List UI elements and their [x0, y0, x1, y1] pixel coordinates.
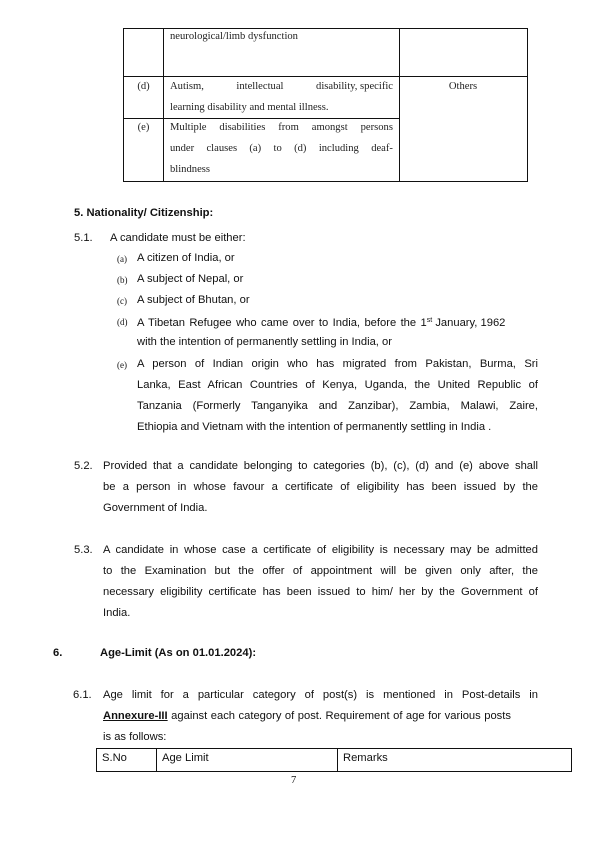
item-label: (a) [117, 252, 127, 266]
clause-text: Age limit for a particular category of p… [103, 688, 538, 702]
clause-number: 5.2. [74, 459, 93, 473]
row-label-e: (e) [124, 117, 163, 138]
table-divider [156, 749, 157, 771]
clause-text: is as follows: [103, 730, 166, 744]
clause-number: 5.1. [74, 231, 93, 245]
clause-text: A candidate must be either: [110, 231, 246, 245]
section-6-heading: Age-Limit (As on 01.01.2024): [100, 646, 256, 660]
table-divider [337, 749, 338, 771]
word: including [319, 138, 359, 159]
clause-number: 5.3. [74, 543, 93, 557]
section-5-heading: 5. Nationality/ Citizenship: [74, 206, 213, 220]
word: from [278, 117, 299, 138]
clause-text: to the Examination but the offer of appo… [103, 564, 538, 578]
table-cell: neurological/limb dysfunction [170, 26, 298, 47]
item-label: (b) [117, 273, 128, 287]
table-cell: Autism, intellectual disability, specifi… [170, 76, 393, 97]
table-divider [163, 29, 164, 181]
row-label-d: (d) [124, 76, 163, 97]
item-text: Tanzania (Formerly Tanganyika and Zanzib… [137, 399, 538, 413]
item-label: (c) [117, 294, 127, 308]
word: amongst [312, 117, 348, 138]
item-label: (d) [117, 315, 128, 329]
header-age-limit: Age Limit [162, 752, 209, 764]
clause-text: Provided that a candidate belonging to c… [103, 459, 538, 473]
text-segment: A Tibetan Refugee who came over to India… [137, 314, 505, 330]
word: intellectual [236, 76, 283, 97]
page-number: 7 [291, 774, 296, 788]
word: under [170, 138, 194, 159]
word: disability, specific [316, 76, 393, 97]
word: clauses [206, 138, 237, 159]
word: persons [361, 117, 393, 138]
item-text: A subject of Bhutan, or [137, 293, 250, 307]
word: Multiple [170, 117, 207, 138]
table-cell: blindness [170, 159, 210, 180]
table-cell: under clauses (a) to (d) including deaf- [170, 138, 393, 159]
age-limit-table: S.No Age Limit Remarks [96, 748, 572, 772]
annexure-iii-link[interactable]: Annexure-III [103, 709, 168, 723]
text-part: January, 1962 [432, 317, 505, 329]
table-cell: learning disability and mental illness. [170, 97, 329, 118]
category-cell: Others [399, 76, 527, 97]
item-label: (e) [117, 358, 127, 372]
clause-text: India. [103, 606, 130, 620]
header-remarks: Remarks [343, 752, 388, 764]
section-6-number: 6. [53, 646, 62, 660]
item-text: A Tibetan Refugee who came over to India… [137, 314, 538, 330]
item-text: with the intention of permanently settli… [137, 335, 392, 349]
disability-table: neurological/limb dysfunction (d) Autism… [123, 28, 528, 182]
word: Autism, [170, 76, 204, 97]
clause-text: Annexure-III against each category of po… [103, 709, 538, 723]
table-cell: Multiple disabilities from amongst perso… [170, 117, 393, 138]
clause-text: be a person in whose favour a certificat… [103, 480, 538, 494]
clause-text: A candidate in whose case a certificate … [103, 543, 538, 557]
item-text: Lanka, East African Countries of Kenya, … [137, 378, 538, 392]
item-text: A person of Indian origin who has migrat… [137, 357, 538, 371]
word: disabilities [219, 117, 265, 138]
table-divider [399, 29, 400, 181]
item-text: A citizen of India, or [137, 251, 235, 265]
item-text: A subject of Nepal, or [137, 272, 243, 286]
clause-number: 6.1. [73, 688, 92, 702]
item-text: Ethiopia and Vietnam with the intention … [137, 420, 491, 434]
word: (a) [249, 138, 261, 159]
clause-text: necessary eligibility certificate has be… [103, 585, 538, 599]
word: deaf- [371, 138, 393, 159]
word: (d) [294, 138, 306, 159]
header-sno: S.No [102, 752, 127, 764]
text-part: A Tibetan Refugee who came over to India… [137, 317, 427, 329]
text-part: against each category of post. Requireme… [168, 709, 511, 723]
clause-text: Government of India. [103, 501, 207, 515]
word: to [274, 138, 282, 159]
